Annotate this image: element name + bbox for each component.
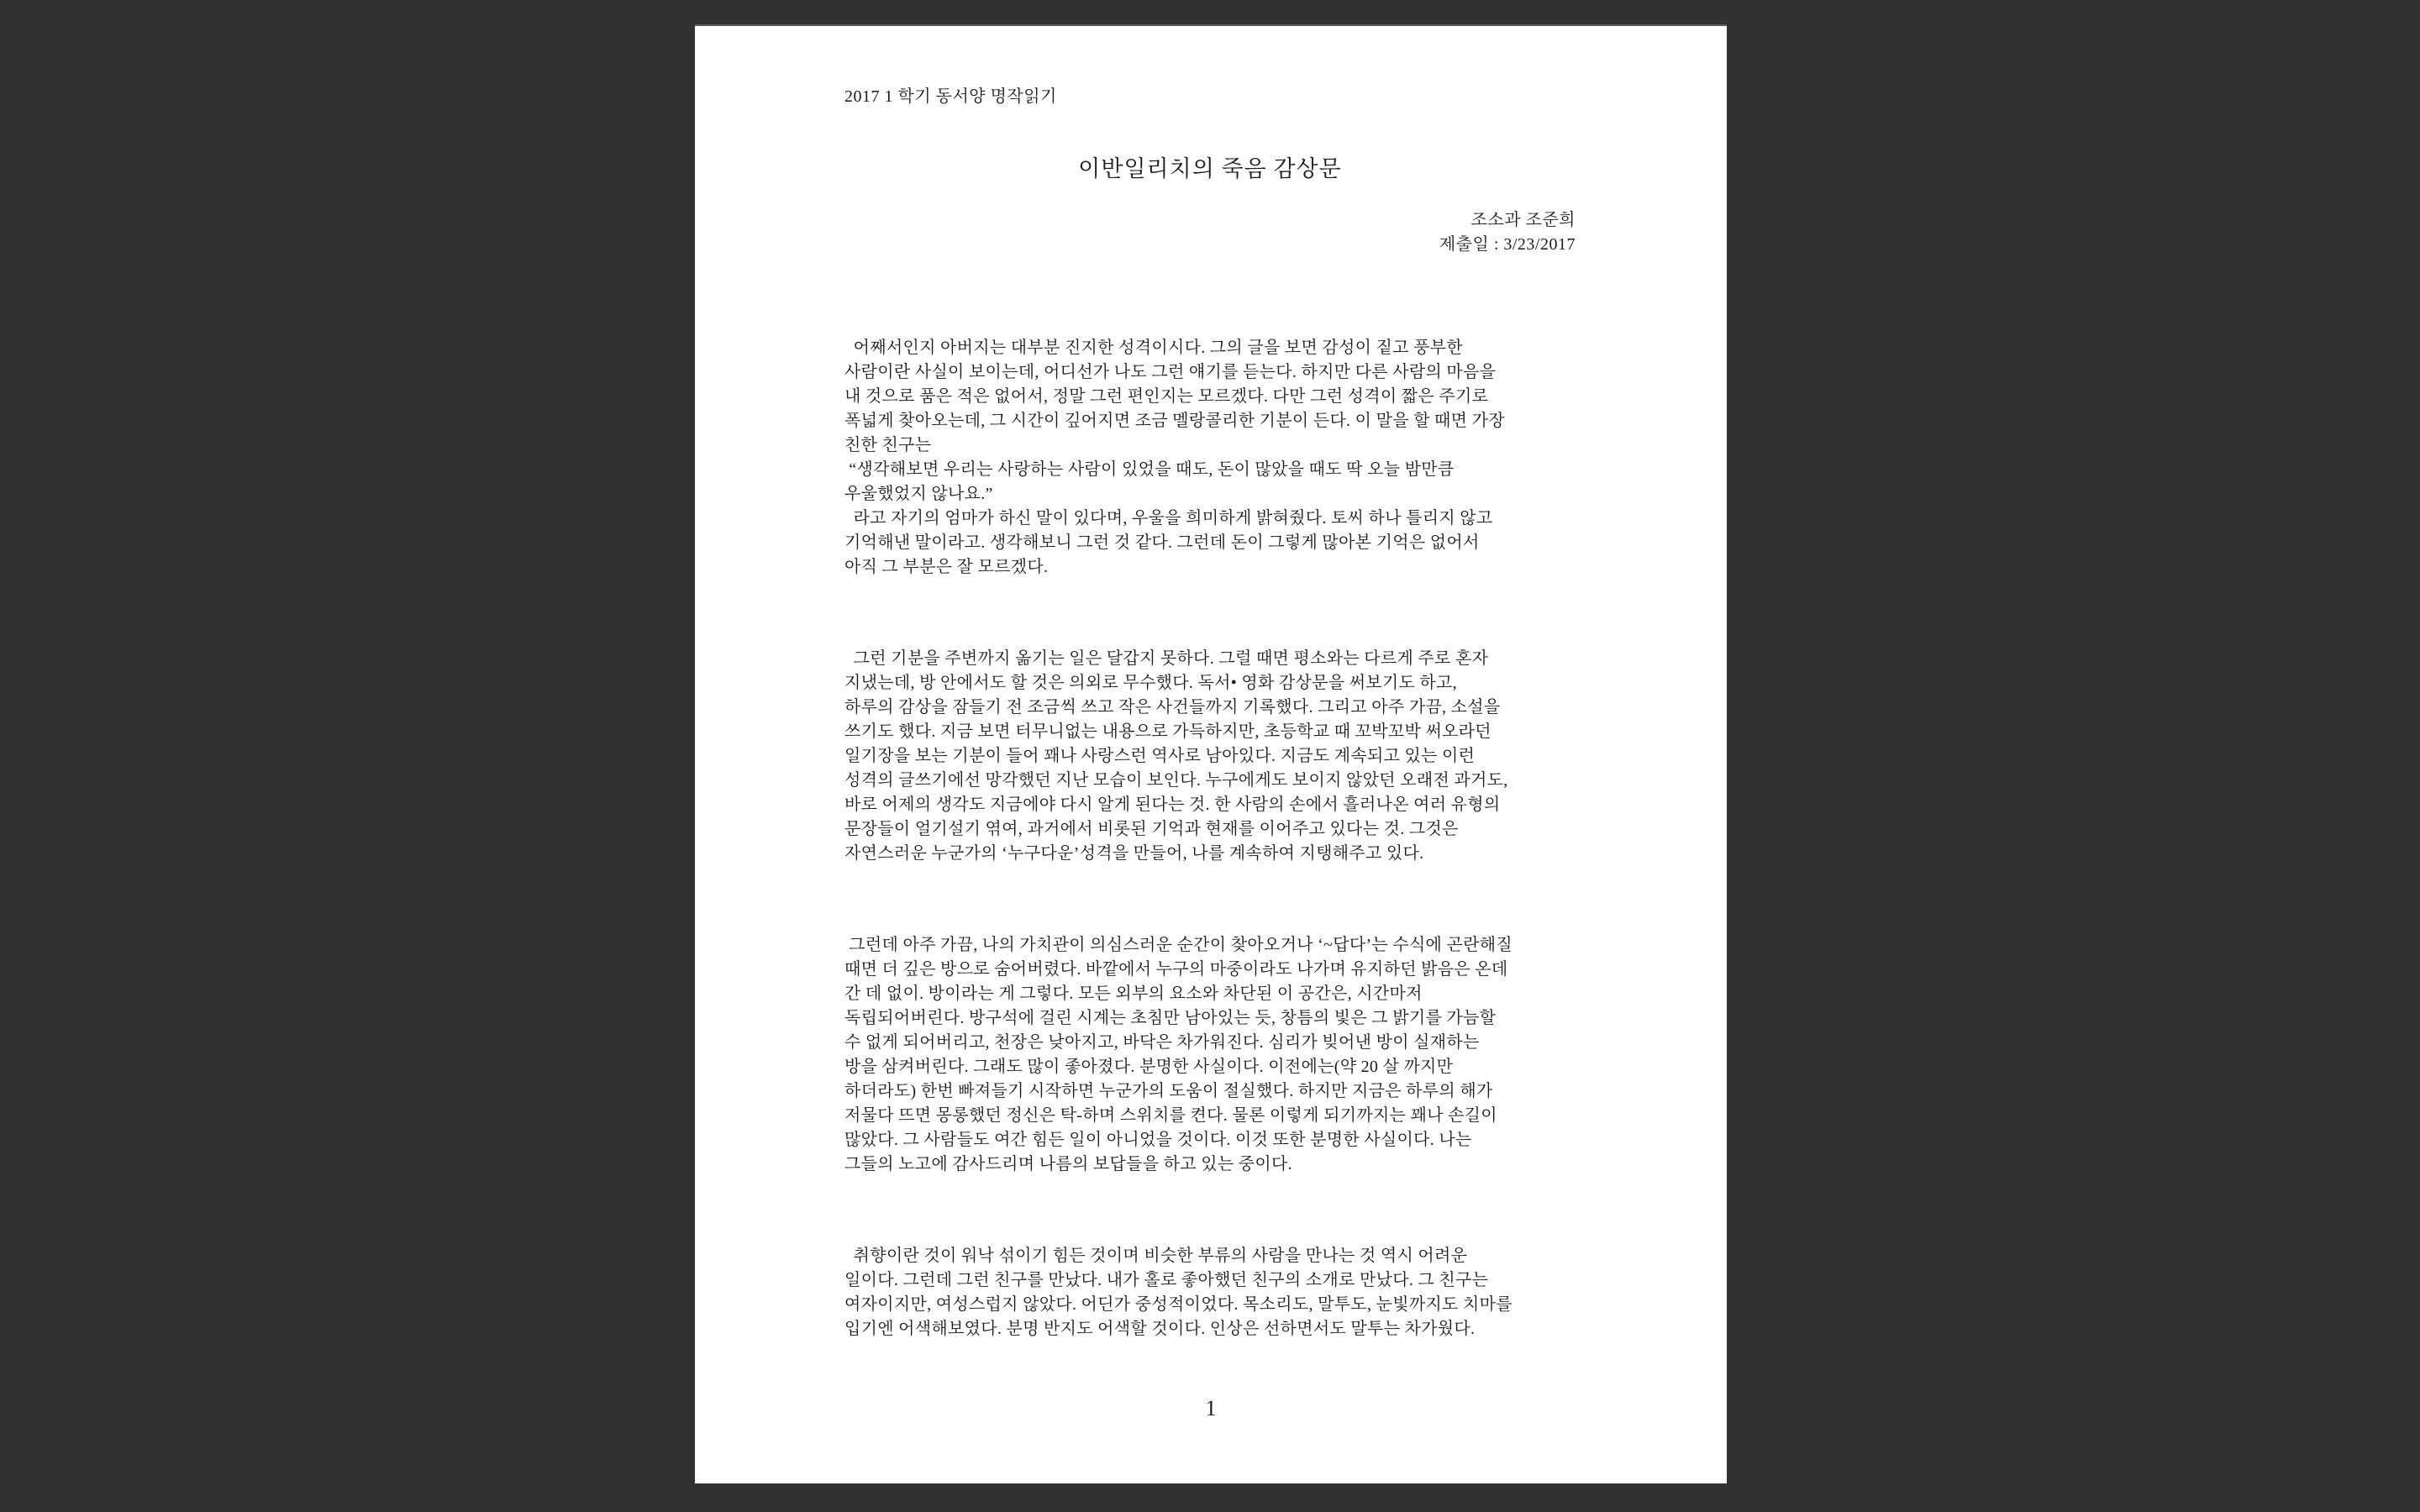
text-line: 바로 어제의 생각도 지금에야 다시 알게 된다는 것. 한 사람의 손에서 흘… [844, 793, 1584, 817]
document-page: 2017 1 학기 동서양 명작읽기 이반일리치의 죽음 감상문 조소과 조준희… [695, 24, 1727, 1483]
text-line: 친한 친구는 [844, 433, 1584, 458]
text-line: 폭넓게 찾아오는데, 그 시간이 깊어지면 조금 멜랑콜리한 기분이 든다. 이… [844, 409, 1584, 433]
text-line: 내 것으로 품은 적은 없어서, 정말 그런 편인지는 모르겠다. 다만 그런 … [844, 385, 1584, 409]
paragraph: 그런 기분을 주변까지 옮기는 일은 달갑지 못하다. 그럴 때면 평소와는 다… [844, 647, 1584, 866]
text-line: 여자이지만, 여성스럽지 않았다. 어딘가 중성적이었다. 목소리도, 말투도,… [844, 1293, 1584, 1317]
text-line: 자연스러운 누군가의 ‘누구다운’성격을 만들어, 나를 계속하여 지탱해주고 … [844, 842, 1584, 866]
document-body: 어째서인지 아버지는 대부분 진지한 성격이시다. 그의 글을 보면 감성이 짙… [844, 336, 1584, 1341]
text-line: 하루의 감상을 잠들기 전 조금씩 쓰고 작은 사건들까지 기록했다. 그리고 … [844, 696, 1584, 720]
text-line: 때면 더 깊은 방으로 숨어버렸다. 바깥에서 누구의 마중이라도 나가며 유지… [844, 958, 1584, 982]
text-line: 그런 기분을 주변까지 옮기는 일은 달갑지 못하다. 그럴 때면 평소와는 다… [844, 647, 1584, 671]
text-line: 방을 삼켜버린다. 그래도 많이 좋아졌다. 분명한 사실이다. 이전에는(약 … [844, 1055, 1584, 1079]
paragraph: 그런데 아주 가끔, 나의 가치관이 의심스러운 순간이 찾아오거나 ‘~답다’… [844, 933, 1584, 1177]
text-line: “생각해보면 우리는 사랑하는 사람이 있었을 때도, 돈이 많았을 때도 딱 … [844, 458, 1584, 482]
text-line: 수 없게 되어버리고, 천장은 낮아지고, 바닥은 차가워진다. 심리가 빚어낸… [844, 1031, 1584, 1055]
document-title: 이반일리치의 죽음 감상문 [844, 154, 1576, 184]
viewer-background: 2017 1 학기 동서양 명작읽기 이반일리치의 죽음 감상문 조소과 조준희… [0, 0, 2420, 1512]
text-line: 많았다. 그 사람들도 여간 힘든 일이 아니었을 것이다. 이것 또한 분명한… [844, 1128, 1584, 1152]
text-line: 사람이란 사실이 보이는데, 어디선가 나도 그런 얘기를 듣는다. 하지만 다… [844, 360, 1584, 385]
text-line: 기억해낸 말이라고. 생각해보니 그런 것 같다. 그런데 돈이 그렇게 많아본… [844, 531, 1584, 555]
text-line: 그런데 아주 가끔, 나의 가치관이 의심스러운 순간이 찾아오거나 ‘~답다’… [844, 933, 1584, 958]
page-number: 1 [695, 1396, 1727, 1421]
text-line: 일기장을 보는 기분이 들어 꽤나 사랑스런 역사로 남아있다. 지금도 계속되… [844, 744, 1584, 769]
text-line: 취향이란 것이 워낙 섞이기 힘든 것이며 비슷한 부류의 사람을 만나는 것 … [844, 1244, 1584, 1268]
text-line: 그들의 노고에 감사드리며 나름의 보답들을 하고 있는 중이다. [844, 1152, 1584, 1177]
text-line: 독립되어버린다. 방구석에 걸린 시계는 초침만 남아있는 듯, 창틈의 빛은 … [844, 1006, 1584, 1031]
text-line: 지냈는데, 방 안에서도 할 것은 의외로 무수했다. 독서• 영화 감상문을 … [844, 671, 1584, 696]
text-line: 어째서인지 아버지는 대부분 진지한 성격이시다. 그의 글을 보면 감성이 짙… [844, 336, 1584, 360]
text-line: 성격의 글쓰기에선 망각했던 지난 모습이 보인다. 누구에게도 보이지 않았던… [844, 769, 1584, 793]
text-line: 아직 그 부분은 잘 모르겠다. [844, 555, 1584, 580]
text-line: 우울했었지 않나요.” [844, 482, 1584, 507]
text-line: 라고 자기의 엄마가 하신 말이 있다며, 우울을 희미하게 밝혀줬다. 토씨 … [844, 507, 1584, 531]
text-line: 간 데 없이. 방이라는 게 그렇다. 모든 외부의 요소와 차단된 이 공간은… [844, 982, 1584, 1006]
text-line: 쓰기도 했다. 지금 보면 터무니없는 내용으로 가득하지만, 초등학교 때 꼬… [844, 720, 1584, 744]
text-line: 저물다 뜨면 몽롱했던 정신은 탁-하며 스위치를 켠다. 물론 이렇게 되기까… [844, 1104, 1584, 1128]
submission-date-line: 제출일 : 3/23/2017 [844, 233, 1576, 257]
text-line: 일이다. 그런데 그런 친구를 만났다. 내가 홀로 좋아했던 친구의 소개로 … [844, 1268, 1584, 1293]
text-line: 문장들이 얼기설기 엮여, 과거에서 비롯된 기억과 현재를 이어주고 있다는 … [844, 817, 1584, 842]
text-line: 입기엔 어색해보였다. 분명 반지도 어색할 것이다. 인상은 선하면서도 말투… [844, 1317, 1584, 1341]
paragraph: 취향이란 것이 워낙 섞이기 힘든 것이며 비슷한 부류의 사람을 만나는 것 … [844, 1244, 1584, 1341]
paragraph: 어째서인지 아버지는 대부분 진지한 성격이시다. 그의 글을 보면 감성이 짙… [844, 336, 1584, 580]
author-line: 조소과 조준희 [844, 208, 1576, 233]
text-line: 하더라도) 한번 빠져들기 시작하면 누군가의 도움이 절실했다. 하지만 지금… [844, 1079, 1584, 1104]
course-header: 2017 1 학기 동서양 명작읽기 [844, 85, 1057, 109]
